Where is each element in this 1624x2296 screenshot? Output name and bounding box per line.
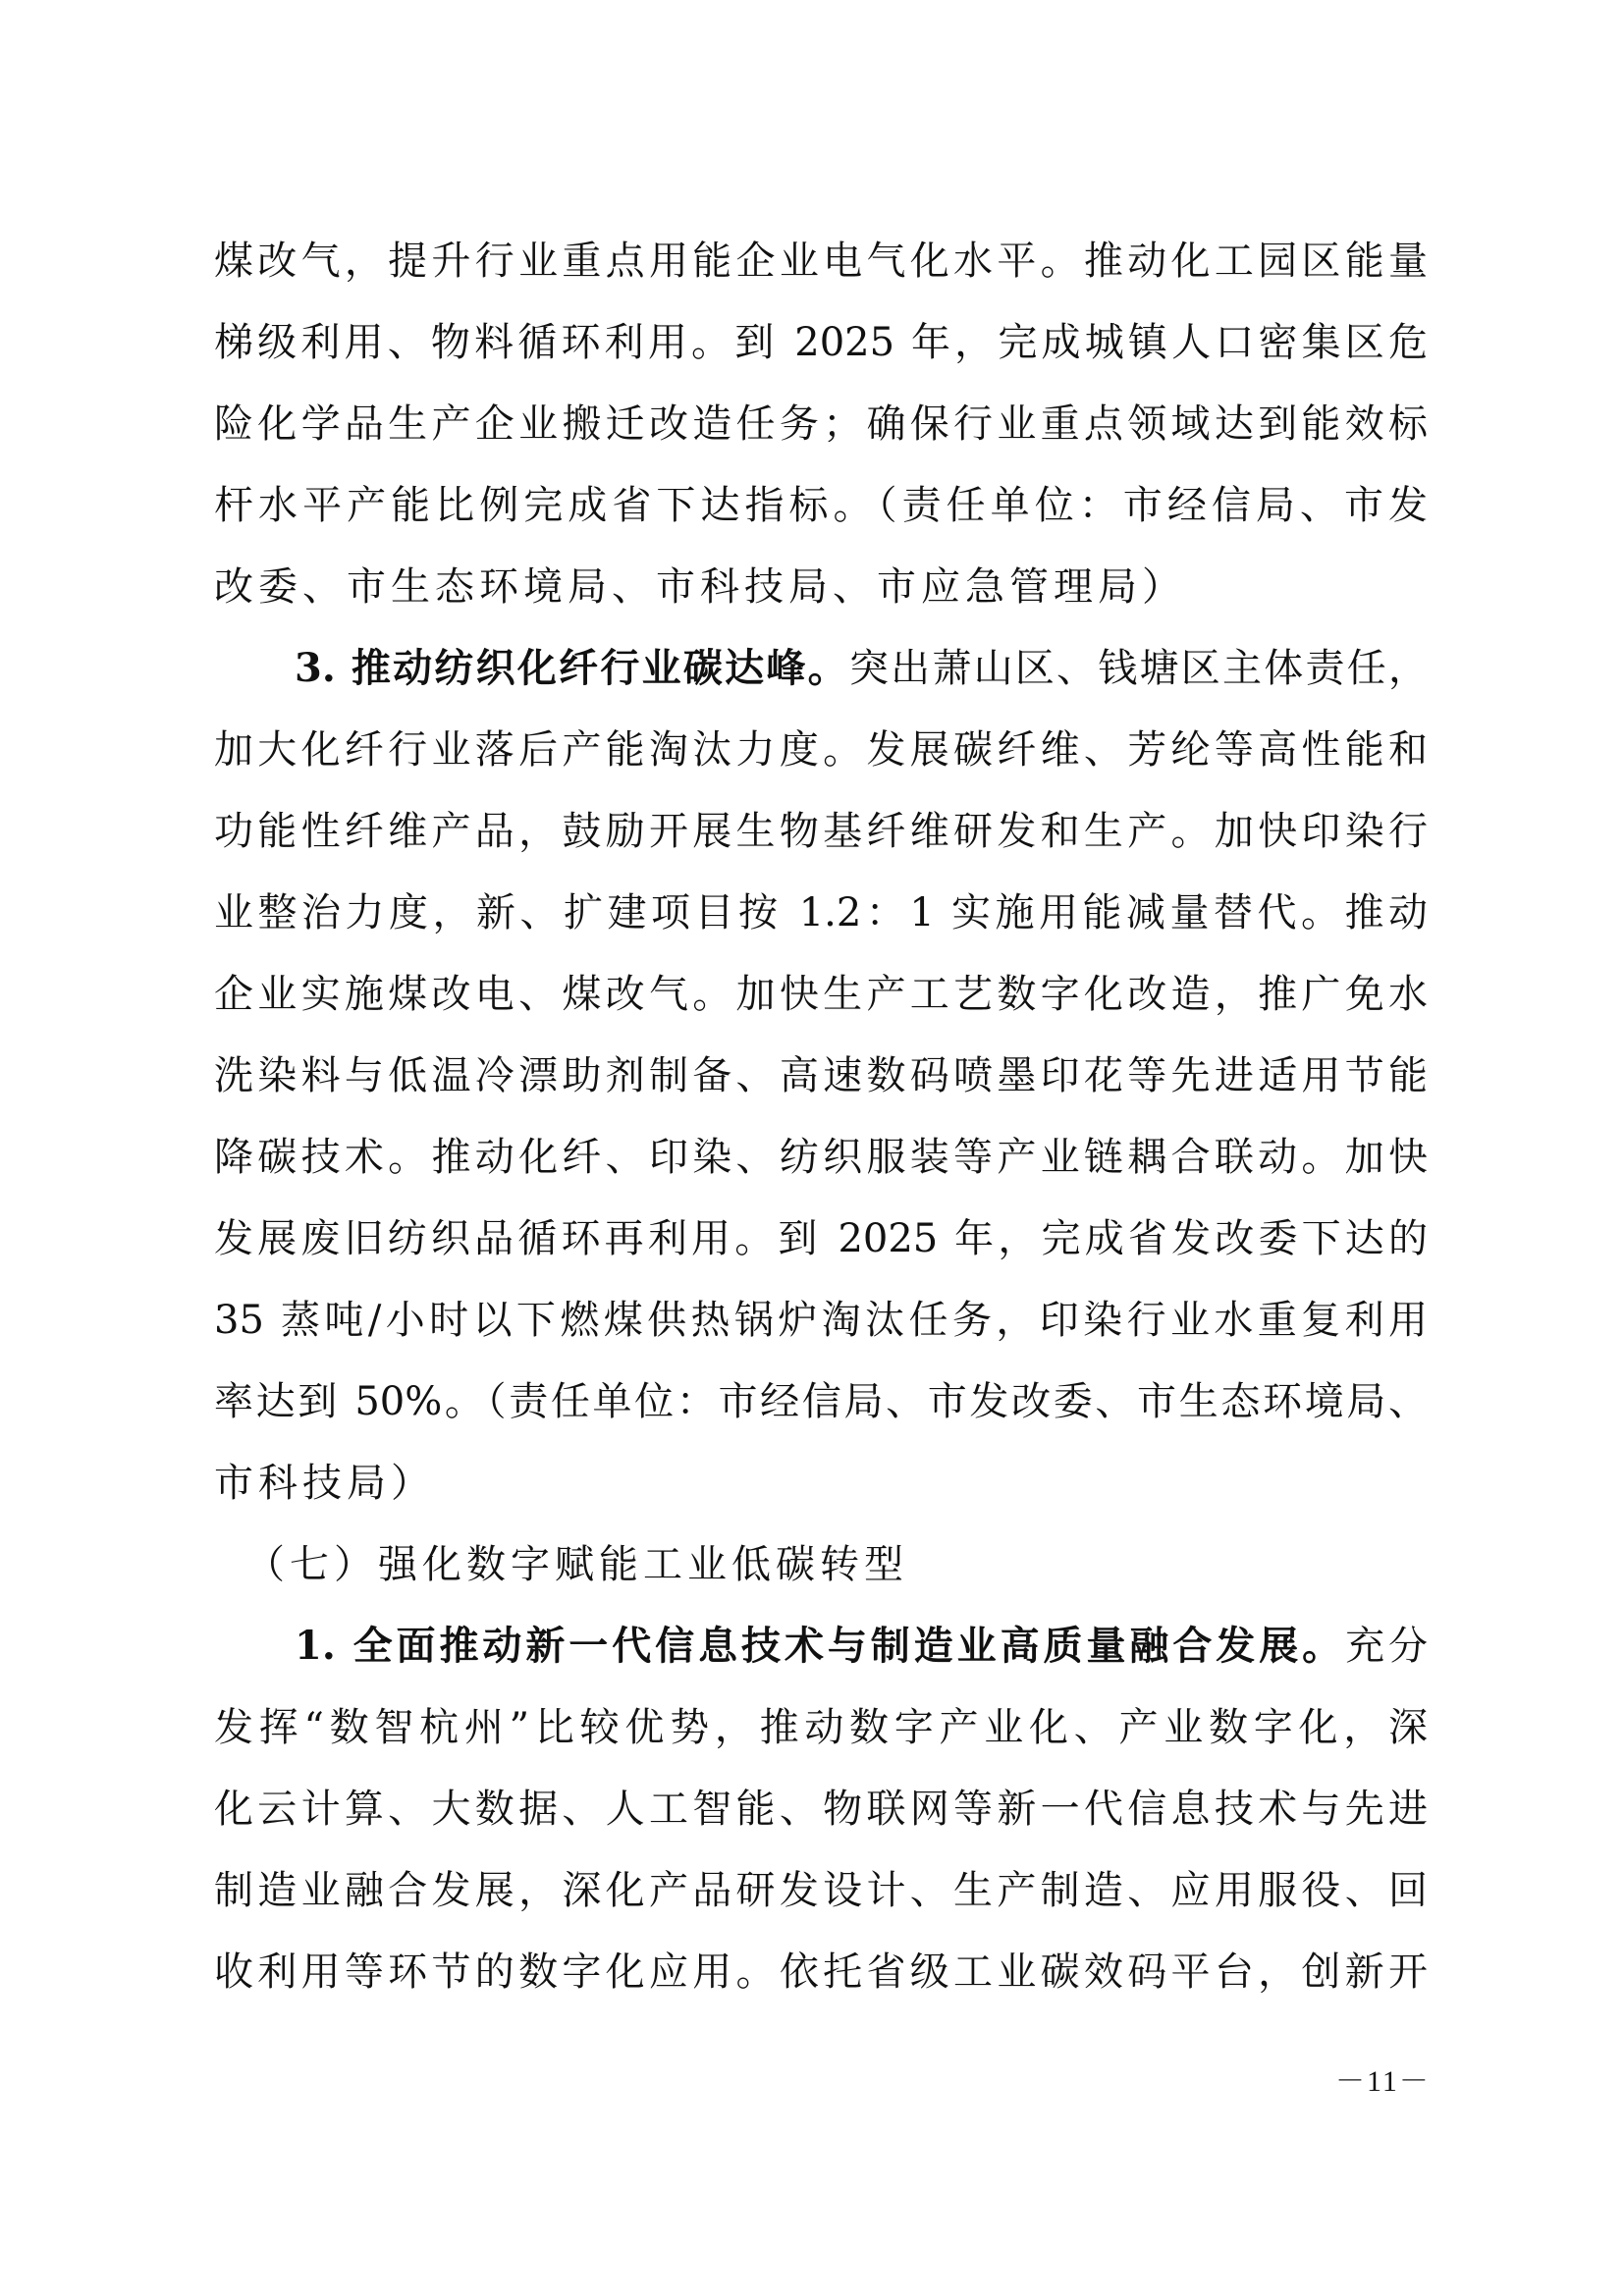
body-line: 功能性纤维产品，鼓励开展生物基纤维研发和生产。加快印染行 bbox=[214, 807, 1428, 856]
body-line: 洗染料与低温冷漂助剂制备、高速数码喷墨印花等先进适用节能 bbox=[214, 1051, 1428, 1100]
section-3-first-text: 突出萧山区、钱塘区主体责任， bbox=[849, 646, 1428, 691]
body-line: 改委、市生态环境局、市科技局、市应急管理局） bbox=[214, 562, 1428, 612]
document-page: 煤改气，提升行业重点用能企业电气化水平。推动化工园区能量 梯级利用、物料循环利用… bbox=[0, 0, 1624, 2296]
body-line: 收利用等环节的数字化应用。依托省级工业碳效码平台，创新开 bbox=[214, 1948, 1428, 1997]
body-line: 煤改气，提升行业重点用能企业电气化水平。推动化工园区能量 bbox=[214, 237, 1428, 286]
body-line: 率达到 50%。（责任单位：市经信局、市发改委、市生态环境局、 bbox=[214, 1377, 1428, 1426]
section-3-heading: 3. 推动纺织化纤行业碳达峰。 bbox=[295, 645, 849, 691]
body-line: 杆水平产能比例完成省下达指标。（责任单位：市经信局、市发 bbox=[214, 481, 1428, 530]
section-7-1-first-line: 1. 全面推动新一代信息技术与制造业高质量融合发展。充分 bbox=[295, 1622, 1428, 1671]
page-number: －11－ bbox=[1335, 2056, 1431, 2100]
section-7-1-first-text: 充分 bbox=[1345, 1624, 1428, 1669]
body-line: 险化学品生产企业搬迁改造任务；确保行业重点领域达到能效标 bbox=[214, 400, 1428, 449]
body-line: 市科技局） bbox=[214, 1459, 1428, 1508]
body-line: 业整治力度，新、扩建项目按 1.2：1 实施用能减量替代。推动 bbox=[214, 888, 1428, 937]
body-line: 加大化纤行业落后产能淘汰力度。发展碳纤维、芳纶等高性能和 bbox=[214, 725, 1428, 774]
body-line: 制造业融合发展，深化产品研发设计、生产制造、应用服役、回 bbox=[214, 1866, 1428, 1915]
body-line: 降碳技术。推动化纤、印染、纺织服装等产业链耦合联动。加快 bbox=[214, 1133, 1428, 1182]
body-line: 化云计算、大数据、人工智能、物联网等新一代信息技术与先进 bbox=[214, 1785, 1428, 1834]
body-line: 企业实施煤改电、煤改气。加快生产工艺数字化改造，推广免水 bbox=[214, 970, 1428, 1019]
body-line: 发挥“数智杭州”比较优势，推动数字产业化、产业数字化，深 bbox=[214, 1703, 1428, 1752]
section-seven-heading: （七）强化数字赋能工业低碳转型 bbox=[245, 1540, 1379, 1589]
section-3-first-line: 3. 推动纺织化纤行业碳达峰。突出萧山区、钱塘区主体责任， bbox=[295, 644, 1428, 693]
section-7-1-heading: 1. 全面推动新一代信息技术与制造业高质量融合发展。 bbox=[295, 1623, 1345, 1669]
body-line: 发展废旧纺织品循环再利用。到 2025 年，完成省发改委下达的 bbox=[214, 1214, 1428, 1263]
body-line: 35 蒸吨/小时以下燃煤供热锅炉淘汰任务，印染行业水重复利用 bbox=[214, 1296, 1428, 1345]
body-line: 梯级利用、物料循环利用。到 2025 年，完成城镇人口密集区危 bbox=[214, 318, 1428, 367]
